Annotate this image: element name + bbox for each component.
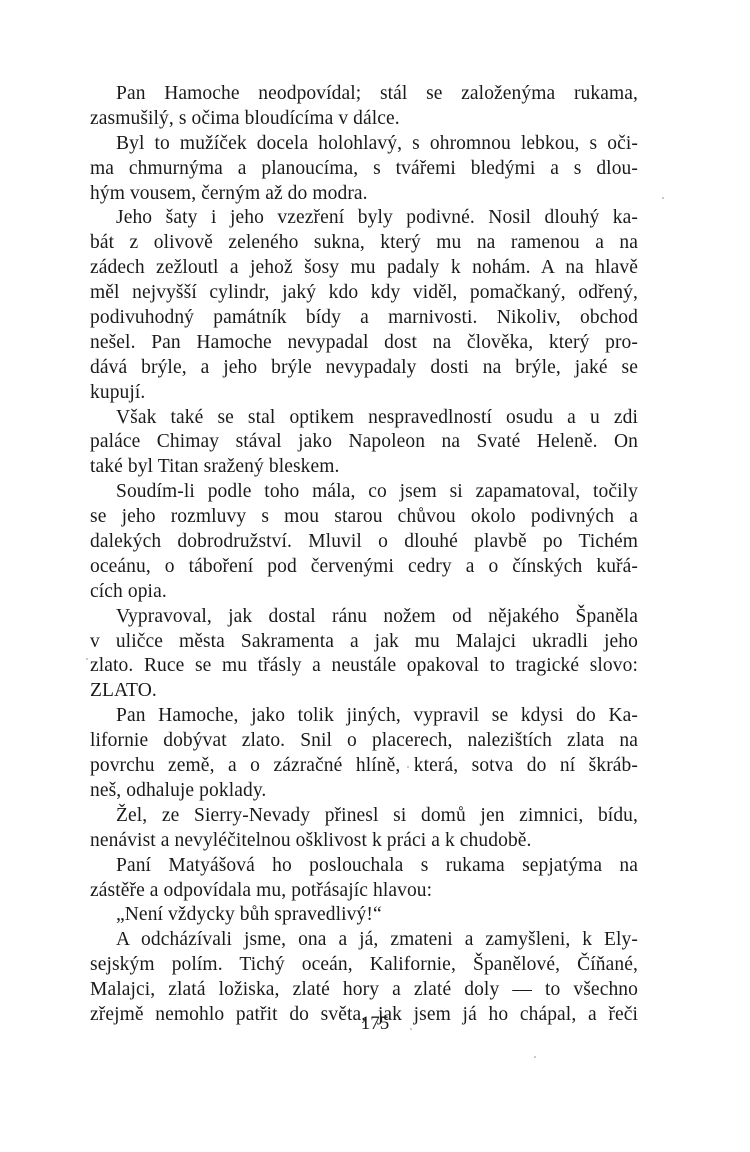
text-line: cích opia. (90, 580, 638, 605)
text-line: Však také se stal optikem nespravedlnost… (90, 406, 638, 431)
page-number: 175 (0, 1013, 750, 1035)
text-line: oceánu, o táboření pod červenými cedry a… (90, 555, 638, 580)
scan-speck (86, 658, 88, 660)
text-line: Pan Hamoche, jako tolik jiných, vypravil… (90, 704, 638, 729)
text-line: se jeho rozmluvy s mou starou chůvou oko… (90, 505, 638, 530)
text-line: nenávist a nevyléčitelnou ošklivost k pr… (90, 829, 638, 854)
text-line: měl nejvyšší cylindr, jaký kdo kdy viděl… (90, 281, 638, 306)
text-line: Soudím-li podle toho mála, co jsem si za… (90, 480, 638, 505)
text-line: dává brýle, a jeho brýle nevypadaly dost… (90, 356, 638, 381)
text-line: dalekých dobrodružství. Mluvil o dlouhé … (90, 530, 638, 555)
text-line: „Není vždycky bůh spravedlivý!“ (90, 903, 638, 928)
scan-speck (534, 1056, 536, 1058)
scan-speck (662, 197, 664, 199)
text-line: nešel. Pan Hamoche nevypadal dost na člo… (90, 331, 638, 356)
text-line: ZLATO. (90, 679, 638, 704)
text-line: lifornie dobývat zlato. Snil o placerech… (90, 729, 638, 754)
text-line: povrchu země, a o zázračné hlíně, která,… (90, 754, 638, 779)
scan-speck (407, 766, 409, 768)
text-line: kupují. (90, 381, 638, 406)
page-body: Pan Hamoche neodpovídal; stál se založen… (90, 82, 638, 1028)
text-line: v uličce města Sakramenta a jak mu Malaj… (90, 630, 638, 655)
text-line: Žel, ze Sierry-Nevady přinesl si domů je… (90, 804, 638, 829)
text-line: Jeho šaty i jeho vzezření byly podivné. … (90, 206, 638, 231)
text-line: Vypravoval, jak dostal ránu nožem od něj… (90, 605, 638, 630)
text-line: Byl to mužíček docela holohlavý, s ohrom… (90, 132, 638, 157)
text-line: zástěře a odpovídala mu, potřásajíc hlav… (90, 879, 638, 904)
scan-speck (410, 1028, 412, 1030)
text-line: A odcházívali jsme, ona a já, zmateni a … (90, 928, 638, 953)
text-line: hým vousem, černým až do modra. (90, 182, 638, 207)
text-line: Paní Matyášová ho poslouchala s rukama s… (90, 854, 638, 879)
text-line: Pan Hamoche neodpovídal; stál se založen… (90, 82, 638, 107)
text-line: paláce Chimay stával jako Napoleon na Sv… (90, 430, 638, 455)
text-line: Malajci, zlatá ložiska, zlaté hory a zla… (90, 978, 638, 1003)
text-line: zlato. Ruce se mu třásly a neustále opak… (90, 654, 638, 679)
text-line: také byl Titan sražený bleskem. (90, 455, 638, 480)
text-line: neš, odhaluje poklady. (90, 779, 638, 804)
text-line: podivuhodný památník bídy a marnivosti. … (90, 306, 638, 331)
text-line: ma chmurnýma a planoucíma, s tvářemi ble… (90, 157, 638, 182)
text-line: sejským polím. Tichý oceán, Kalifornie, … (90, 953, 638, 978)
text-line: zádech zežloutl a jehož šosy mu padaly k… (90, 256, 638, 281)
text-line: zasmušilý, s očima bloudícíma v dálce. (90, 107, 638, 132)
text-line: bát z olivově zeleného sukna, který mu n… (90, 231, 638, 256)
